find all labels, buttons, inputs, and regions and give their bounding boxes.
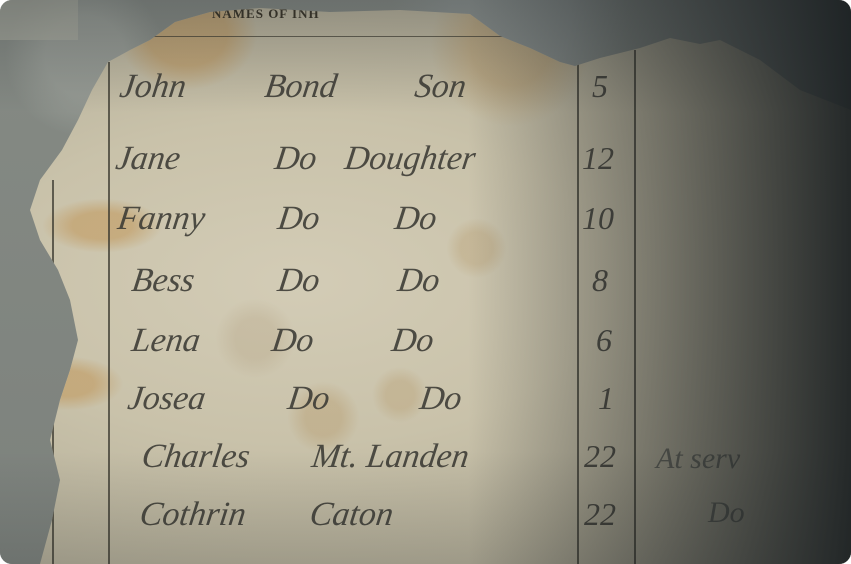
age: 8 xyxy=(592,262,608,299)
margin-line-inner xyxy=(108,62,110,564)
given-name: John xyxy=(117,68,188,106)
surname: Do xyxy=(272,140,319,178)
given-name: Charles xyxy=(139,438,252,476)
backing-patch xyxy=(0,0,78,40)
age-column-left-line xyxy=(577,62,579,564)
surname: Do xyxy=(269,322,316,360)
relation: Doughter xyxy=(342,140,478,178)
age: 12 xyxy=(582,140,614,177)
given-name: Cothrin xyxy=(137,496,248,534)
given-name: Josea xyxy=(125,380,208,418)
relation: Do xyxy=(395,262,442,300)
remark: At serv xyxy=(656,442,740,476)
register-row: John Bond Son 5 xyxy=(0,68,851,118)
given-name: Fanny xyxy=(115,200,207,238)
surname: Do xyxy=(285,380,332,418)
age: 5 xyxy=(592,68,608,105)
header-rule xyxy=(150,36,510,37)
relation: Son xyxy=(412,68,468,106)
register-row: Josea Do Do 1 xyxy=(0,380,851,430)
aged-paper-sheet: NAMES OF INH John Bond Son 5 Jane Do Dou… xyxy=(0,0,851,564)
age: 22 xyxy=(584,496,616,533)
surname: Do xyxy=(275,200,322,238)
age: 1 xyxy=(598,380,614,417)
relation: Do xyxy=(389,322,436,360)
register-row: Charles Mt. Landen 22 At serv xyxy=(0,438,851,488)
register-row: Cothrin Caton 22 Do xyxy=(0,496,851,546)
register-row: Bess Do Do 8 xyxy=(0,262,851,312)
remark: Do xyxy=(708,496,745,530)
surname: Mt. Landen xyxy=(309,438,471,476)
age: 22 xyxy=(584,438,616,475)
register-row: Jane Do Doughter 12 xyxy=(0,140,851,190)
relation: Do xyxy=(392,200,439,238)
surname: Caton xyxy=(307,496,395,534)
relation: Do xyxy=(417,380,464,418)
given-name: Bess xyxy=(129,262,197,300)
given-name: Lena xyxy=(129,322,202,360)
given-name: Jane xyxy=(113,140,183,178)
age: 6 xyxy=(596,322,612,359)
age: 10 xyxy=(582,200,614,237)
surname: Bond xyxy=(262,68,339,106)
register-row: Lena Do Do 6 xyxy=(0,322,851,372)
register-row: Fanny Do Do 10 xyxy=(0,200,851,250)
surname: Do xyxy=(275,262,322,300)
document-photo: NAMES OF INH John Bond Son 5 Jane Do Dou… xyxy=(0,0,851,564)
